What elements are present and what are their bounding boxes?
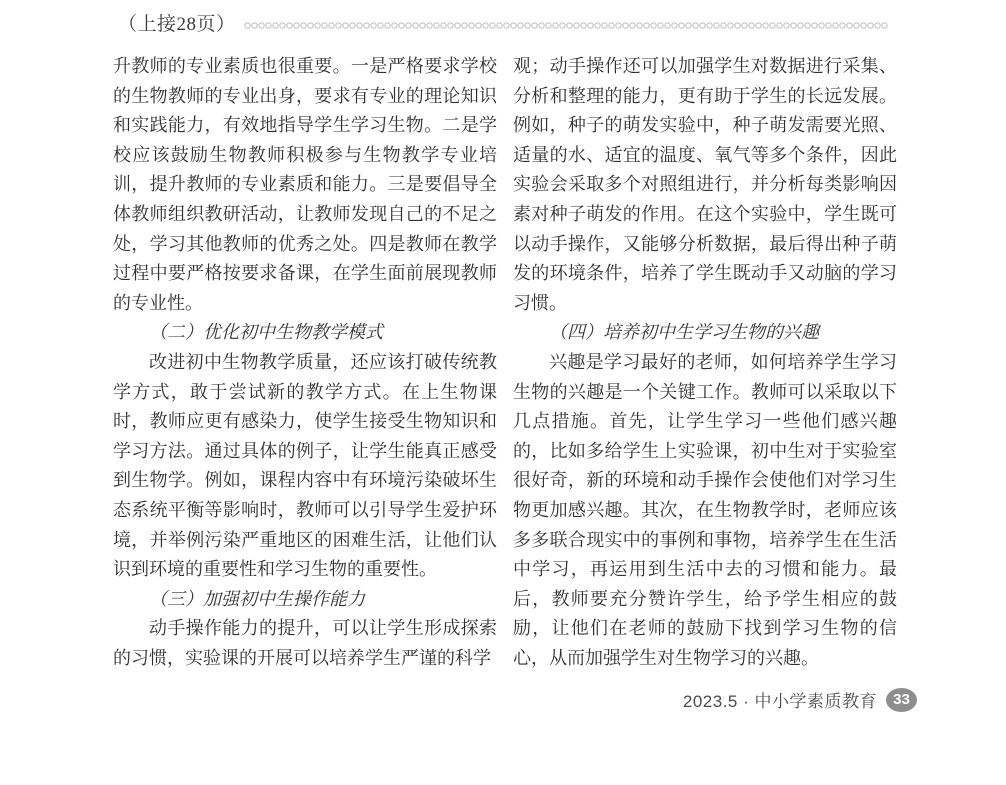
body-paragraph: 兴趣是学习最好的老师，如何培养学生学习生物的兴趣是一个关键工作。教师可以采取以下… xyxy=(513,348,897,674)
journal-page: （上接28页） 升教师的专业素质也很重要。一是严格要求学校的生物教师的专业出身，… xyxy=(0,0,1006,785)
body-paragraph: 改进初中生物教学质量，还应该打破传统教学方式，敢于尝试新的教学方式。在上生物课时… xyxy=(113,348,497,585)
section-heading: （二）优化初中生物教学模式 xyxy=(113,318,497,348)
page-number-badge: 33 xyxy=(886,688,917,712)
body-paragraph: 观；动手操作还可以加强学生对数据进行采集、分析和整理的能力，更有助于学生的长远发… xyxy=(513,52,897,318)
continuation-note: （上接28页） xyxy=(118,11,236,38)
text-columns: 升教师的专业素质也很重要。一是严格要求学校的生物教师的专业出身，要求有专业的理论… xyxy=(113,52,897,673)
right-column: 观；动手操作还可以加强学生对数据进行采集、分析和整理的能力，更有助于学生的长远发… xyxy=(513,52,897,673)
section-heading: （三）加强初中生操作能力 xyxy=(113,585,497,615)
left-column: 升教师的专业素质也很重要。一是严格要求学校的生物教师的专业出身，要求有专业的理论… xyxy=(113,52,497,673)
page-header: （上接28页） xyxy=(118,11,888,38)
chain-ornament-divider xyxy=(244,21,888,30)
page-footer: 2023.5 · 中小学素质教育 33 xyxy=(0,687,917,712)
body-paragraph: 动手操作能力的提升，可以让学生形成探索的习惯，实验课的开展可以培养学生严谨的科学 xyxy=(113,614,497,673)
journal-issue-label: 2023.5 · 中小学素质教育 xyxy=(683,687,877,712)
body-paragraph: 升教师的专业素质也很重要。一是严格要求学校的生物教师的专业出身，要求有专业的理论… xyxy=(113,52,497,318)
section-heading: （四）培养初中生学习生物的兴趣 xyxy=(513,318,897,348)
